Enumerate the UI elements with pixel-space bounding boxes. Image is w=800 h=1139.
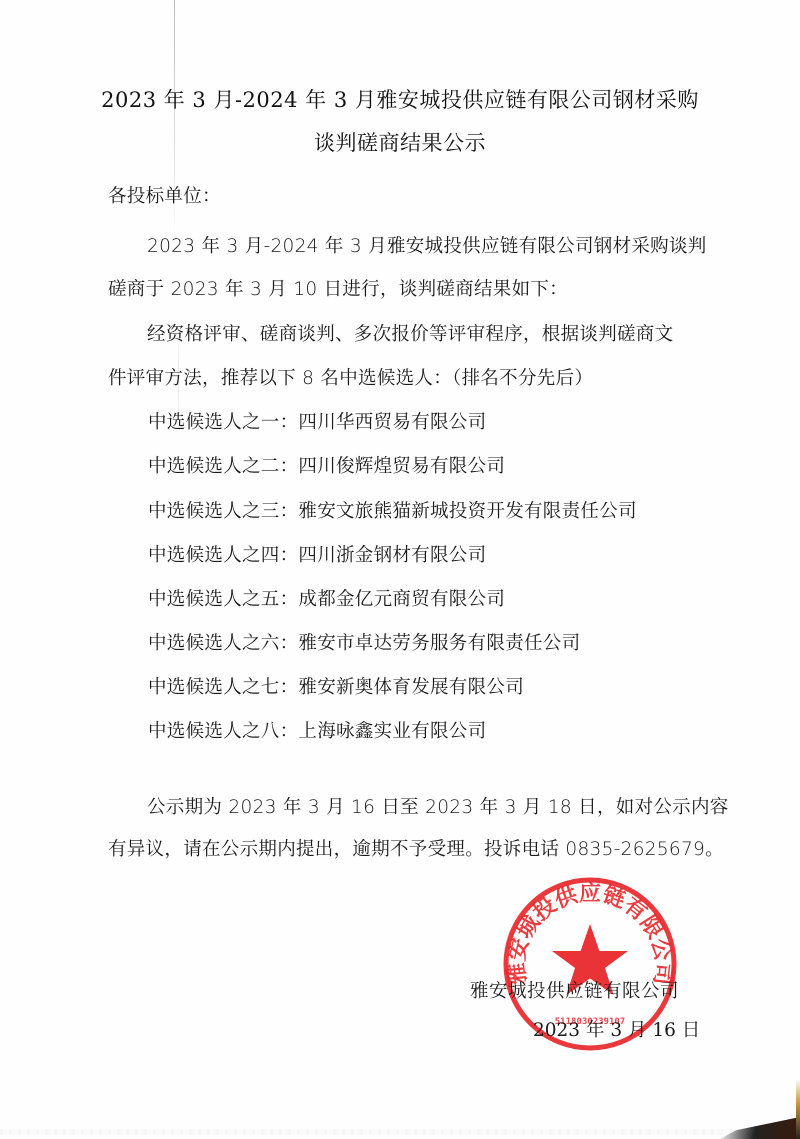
paragraph1-line2: 磋商于 2023 年 3 月 10 日进行，谈判磋商结果如下：: [108, 275, 568, 301]
candidate-item: 中选候选人之六：雅安市卓达劳务服务有限责任公司: [148, 629, 580, 655]
candidate-label: 中选候选人之五：: [148, 589, 298, 610]
candidate-label: 中选候选人之二：: [148, 456, 298, 477]
candidate-item: 中选候选人之三：雅安文旅熊猫新城投资开发有限责任公司: [148, 497, 637, 523]
candidate-label: 中选候选人之七：: [148, 677, 298, 698]
document-page: 2023 年 3 月-2024 年 3 月雅安城投供应链有限公司钢材采购 谈判磋…: [0, 0, 800, 1139]
candidate-name: 上海咏鑫实业有限公司: [298, 721, 486, 742]
candidate-name: 成都金亿元商贸有限公司: [298, 589, 505, 610]
signature-company: 雅安城投供应链有限公司: [470, 977, 679, 1003]
candidate-label: 中选候选人之三：: [148, 501, 298, 522]
scan-corner-shadow: [796, 1079, 800, 1139]
paragraph2-line2: 件评审方法，推荐以下 8 名中选候选人：（排名不分先后）: [108, 364, 593, 390]
candidate-item: 中选候选人之二：四川俊辉煌贸易有限公司: [148, 452, 505, 478]
candidate-name: 雅安市卓达劳务服务有限责任公司: [298, 633, 580, 654]
candidate-item: 中选候选人之七：雅安新奥体育发展有限公司: [148, 673, 524, 699]
candidate-item: 中选候选人之八：上海咏鑫实业有限公司: [148, 717, 486, 743]
candidate-label: 中选候选人之八：: [148, 721, 298, 742]
paragraph1-line1: 2023 年 3 月-2024 年 3 月雅安城投供应链有限公司钢材采购谈判: [147, 232, 707, 258]
candidate-item: 中选候选人之四：四川浙金钢材有限公司: [148, 541, 486, 567]
notice-line2: 有异议，请在公示期内提出，逾期不予受理。投诉电话 0835-2625679。: [108, 835, 724, 861]
scan-artifact-edge: [0, 1129, 760, 1135]
notice-line1: 公示期为 2023 年 3 月 16 日至 2023 年 3 月 18 日，如对…: [147, 793, 729, 819]
document-title-line1: 2023 年 3 月-2024 年 3 月雅安城投供应链有限公司钢材采购: [0, 84, 800, 114]
candidate-item: 中选候选人之一：四川华西贸易有限公司: [148, 408, 486, 434]
candidate-item: 中选候选人之五：成都金亿元商贸有限公司: [148, 585, 505, 611]
scan-corner-shadow: [720, 1117, 800, 1139]
candidate-name: 四川俊辉煌贸易有限公司: [298, 456, 505, 477]
paragraph2-line1: 经资格评审、磋商谈判、多次报价等评审程序，根据谈判磋商文: [147, 320, 673, 346]
candidate-name: 四川华西贸易有限公司: [298, 412, 486, 433]
candidate-name: 四川浙金钢材有限公司: [298, 545, 486, 566]
salutation: 各投标单位：: [108, 182, 221, 208]
document-title-line2: 谈判磋商结果公示: [0, 127, 800, 157]
candidate-label: 中选候选人之四：: [148, 545, 298, 566]
candidate-label: 中选候选人之六：: [148, 633, 298, 654]
candidate-label: 中选候选人之一：: [148, 412, 298, 433]
candidate-name: 雅安新奥体育发展有限公司: [298, 677, 524, 698]
signature-date: 2023 年 3 月 16 日: [533, 1016, 700, 1042]
candidate-name: 雅安文旅熊猫新城投资开发有限责任公司: [298, 501, 636, 522]
